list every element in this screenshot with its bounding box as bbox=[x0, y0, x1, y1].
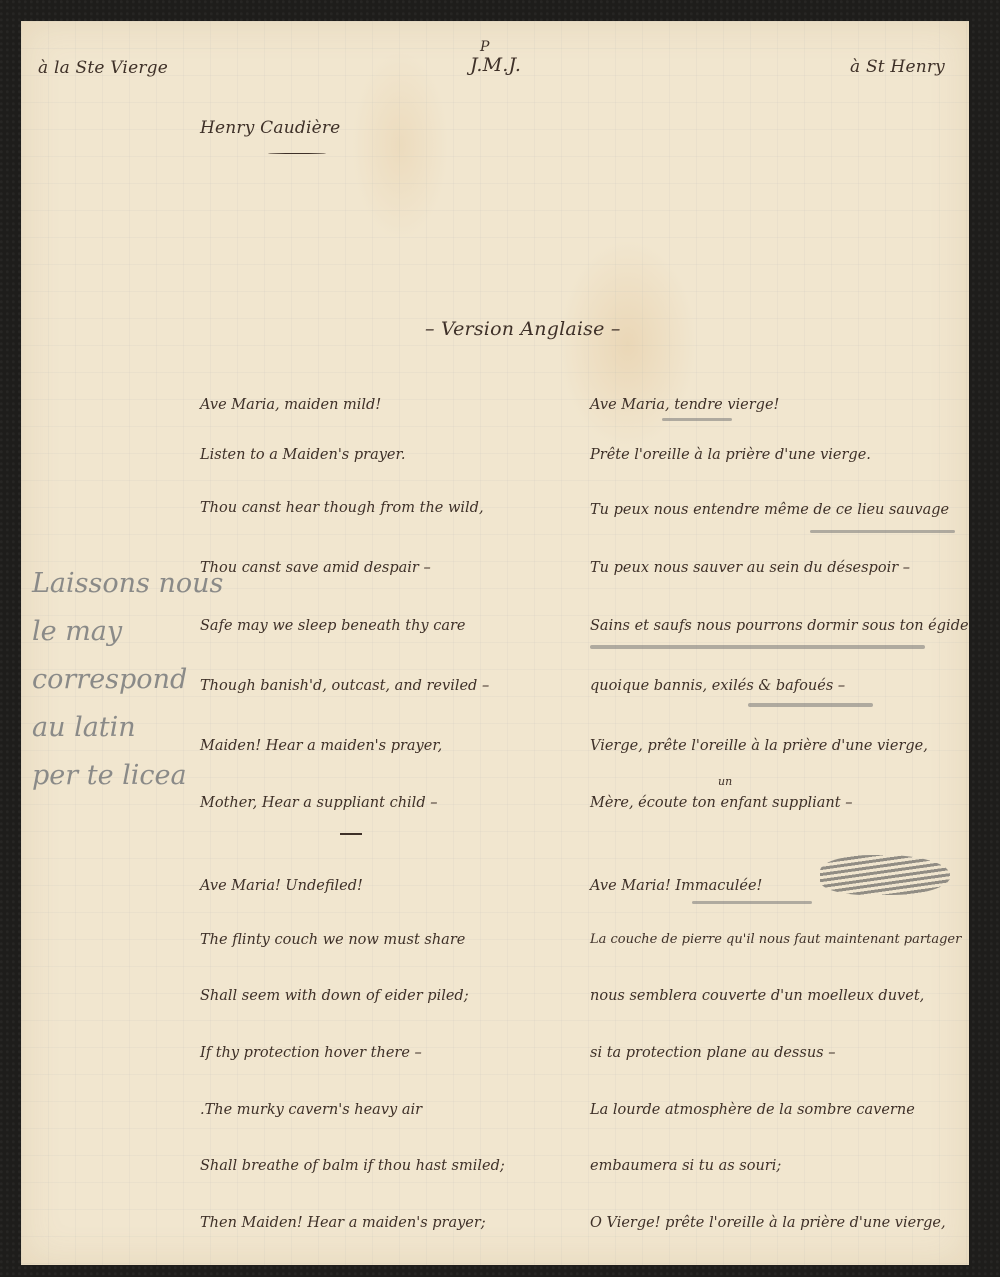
french-verse-line: si ta protection plane au dessus – bbox=[590, 1045, 835, 1061]
header-dedication-left: à la Ste Vierge bbox=[38, 58, 168, 78]
pencil-underline bbox=[590, 645, 925, 649]
english-verse-line: Listen to a Maiden's prayer. bbox=[200, 447, 405, 463]
french-verse-line: Prête l'oreille à la prière d'une vierge… bbox=[590, 447, 871, 463]
header-monogram: P J.M.J. bbox=[470, 40, 521, 76]
stanza-separator bbox=[340, 833, 362, 835]
english-verse-line: Thou canst hear though from the wild, bbox=[200, 500, 484, 516]
french-verse-line: Vierge, prête l'oreille à la prière d'un… bbox=[590, 738, 928, 754]
french-verse-line: Tu peux nous sauver au sein du désespoir… bbox=[590, 560, 910, 576]
english-verse-line: Shall seem with down of eider piled; bbox=[200, 988, 469, 1004]
french-verse-line: Ave Maria! Immaculée! bbox=[590, 878, 762, 894]
header-mark: P bbox=[480, 40, 521, 54]
english-verse-line: Shall breathe of balm if thou hast smile… bbox=[200, 1158, 505, 1174]
english-verse-line: .The murky cavern's heavy air bbox=[200, 1102, 422, 1118]
english-verse-line: The flinty couch we now must share bbox=[200, 932, 465, 948]
pencil-underline bbox=[748, 703, 873, 707]
margin-note-line: au latin bbox=[32, 704, 223, 752]
french-verse-line: Sains et saufs nous pourrons dormir sous… bbox=[590, 618, 969, 634]
french-verse-line: nous semblera couverte d'un moelleux duv… bbox=[590, 988, 924, 1004]
english-verse-line: Though banish'd, outcast, and reviled – bbox=[200, 678, 489, 694]
english-verse-line: Maiden! Hear a maiden's prayer, bbox=[200, 738, 442, 754]
margin-note-line: correspond bbox=[32, 656, 223, 704]
french-verse-line: Tu peux nous entendre même de ce lieu sa… bbox=[590, 502, 949, 518]
french-verse-line: La lourde atmosphère de la sombre cavern… bbox=[590, 1102, 915, 1118]
interlinear-insertion: un bbox=[718, 775, 732, 788]
english-verse-line: Ave Maria! Undefiled! bbox=[200, 878, 363, 894]
french-verse-line: quoique bannis, exilés & bafoués – bbox=[590, 678, 845, 694]
english-verse-line: Ave Maria, maiden mild! bbox=[200, 397, 381, 413]
margin-note-line: le may bbox=[32, 608, 223, 656]
french-verse-line: Mère, écoute ton enfant suppliant – bbox=[590, 795, 852, 811]
pencil-underline bbox=[692, 901, 812, 904]
english-verse-line: Mother, Hear a suppliant child – bbox=[200, 795, 437, 811]
page-title: – Version Anglaise – bbox=[425, 318, 621, 340]
english-verse-line: If thy protection hover there – bbox=[200, 1045, 422, 1061]
pencil-underline bbox=[810, 530, 955, 533]
pencil-scribble-deletion bbox=[820, 855, 950, 895]
french-verse-line: O Vierge! prête l'oreille à la prière d'… bbox=[590, 1215, 946, 1231]
margin-note-line: Laissons nous bbox=[32, 560, 223, 608]
french-verse-line: embaumera si tu as souri; bbox=[590, 1158, 781, 1174]
margin-pencil-note: Laissons nous le may correspond au latin… bbox=[32, 560, 223, 800]
header-dedication-right: à St Henry bbox=[850, 57, 945, 77]
margin-note-line: per te licea bbox=[32, 752, 223, 800]
author-underline bbox=[268, 153, 326, 154]
french-verse-line: La couche de pierre qu'il nous faut main… bbox=[590, 932, 961, 947]
pencil-underline bbox=[662, 418, 732, 421]
english-verse-line: Safe may we sleep beneath thy care bbox=[200, 618, 466, 634]
french-verse-line: Ave Maria, tendre vierge! bbox=[590, 397, 779, 413]
english-verse-line: Then Maiden! Hear a maiden's prayer; bbox=[200, 1215, 486, 1231]
english-verse-line: Thou canst save amid despair – bbox=[200, 560, 431, 576]
header-monogram-text: J.M.J. bbox=[470, 54, 521, 76]
author-name: Henry Caudière bbox=[200, 118, 340, 138]
